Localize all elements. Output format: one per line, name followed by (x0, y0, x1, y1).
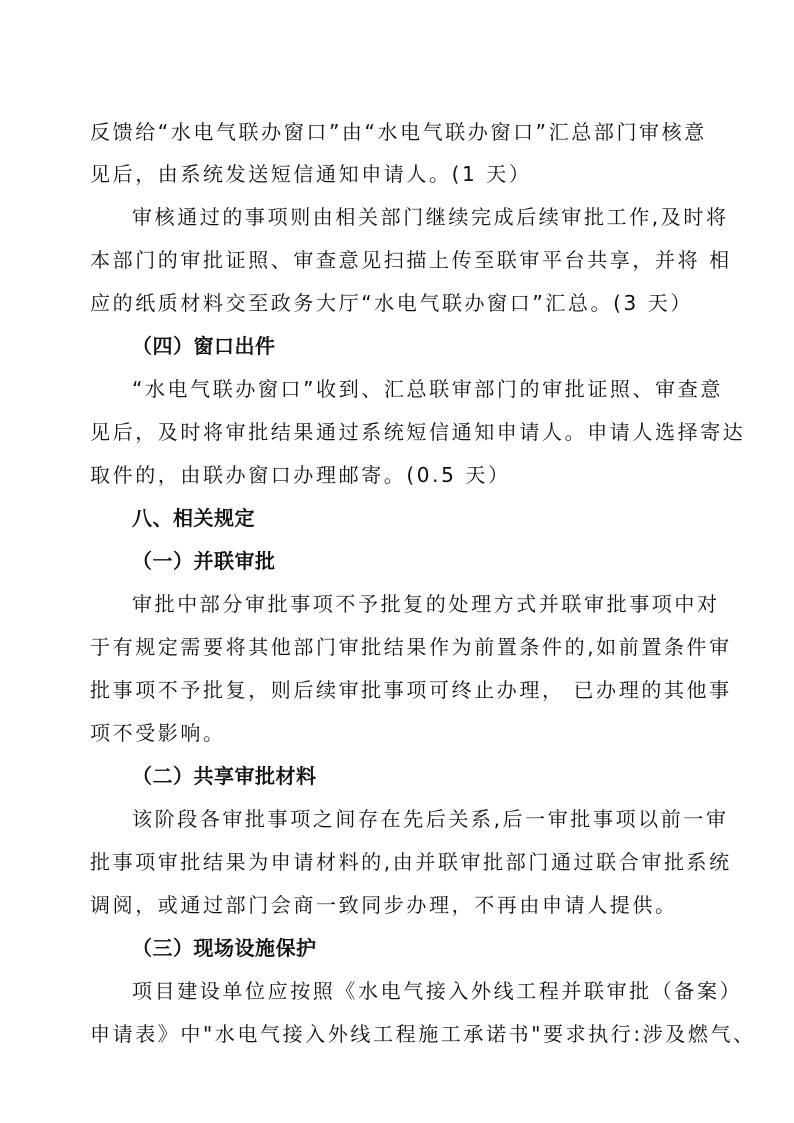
paragraph-start: 审批中部分审批事项不予批复的处理方式并联审批事项中对 (132, 592, 710, 616)
section-heading-shared-materials: （二）共享审批材料 (132, 764, 710, 788)
paragraph-start: 审核通过的事项则由相关部门继续完成后续审批工作,及时将 (132, 205, 710, 229)
body-line: 项不受影响。 (90, 721, 710, 745)
chapter-heading-regulations: 八、相关规定 (132, 506, 710, 530)
body-line: 申请表》中"水电气接入外线工程施工承诺书"要求执行:涉及燃气、 (90, 1022, 710, 1046)
paragraph-start: 该阶段各审批事项之间存在先后关系,后一审批事项以前一审 (132, 807, 710, 831)
body-line: 应的纸质材料交至政务大厅“水电气联办窗口”汇总。(3 天） (90, 291, 710, 315)
paragraph-start: “水电气联办窗口”收到、汇总联审部门的审批证照、审查意 (132, 377, 710, 401)
document-page: 反馈给“水电气联办窗口”由“水电气联办窗口”汇总部门审核意 见后，由系统发送短信… (0, 0, 794, 1123)
section-heading-window-pickup: （四）窗口出件 (132, 334, 710, 358)
paragraph-start: 项目建设单位应按照《水电气接入外线工程并联审批（备案） (132, 979, 710, 1003)
body-line: 见后，及时将审批结果通过系统短信通知申请人。申请人选择寄达 (90, 420, 710, 444)
section-heading-parallel-approval: （一）并联审批 (132, 549, 710, 573)
body-line: 批事项不予批复，则后续审批事项可终止办理， 已办理的其他事 (90, 678, 710, 702)
body-line: 取件的，由联办窗口办理邮寄。(0.5 天） (90, 463, 710, 487)
section-heading-site-protection: （三）现场设施保护 (132, 936, 710, 960)
body-line: 批事项审批结果为申请材料的,由并联审批部门通过联合审批系统 (90, 850, 710, 874)
body-line: 本部门的审批证照、审查意见扫描上传至联审平台共享，并将 相 (90, 248, 710, 272)
body-line: 于有规定需要将其他部门审批结果作为前置条件的,如前置条件审 (90, 635, 710, 659)
body-line: 见后，由系统发送短信通知申请人。(1 天） (90, 162, 710, 186)
body-line: 调阅，或通过部门会商一致同步办理，不再由申请人提供。 (90, 893, 710, 917)
body-line: 反馈给“水电气联办窗口”由“水电气联办窗口”汇总部门审核意 (90, 120, 710, 144)
